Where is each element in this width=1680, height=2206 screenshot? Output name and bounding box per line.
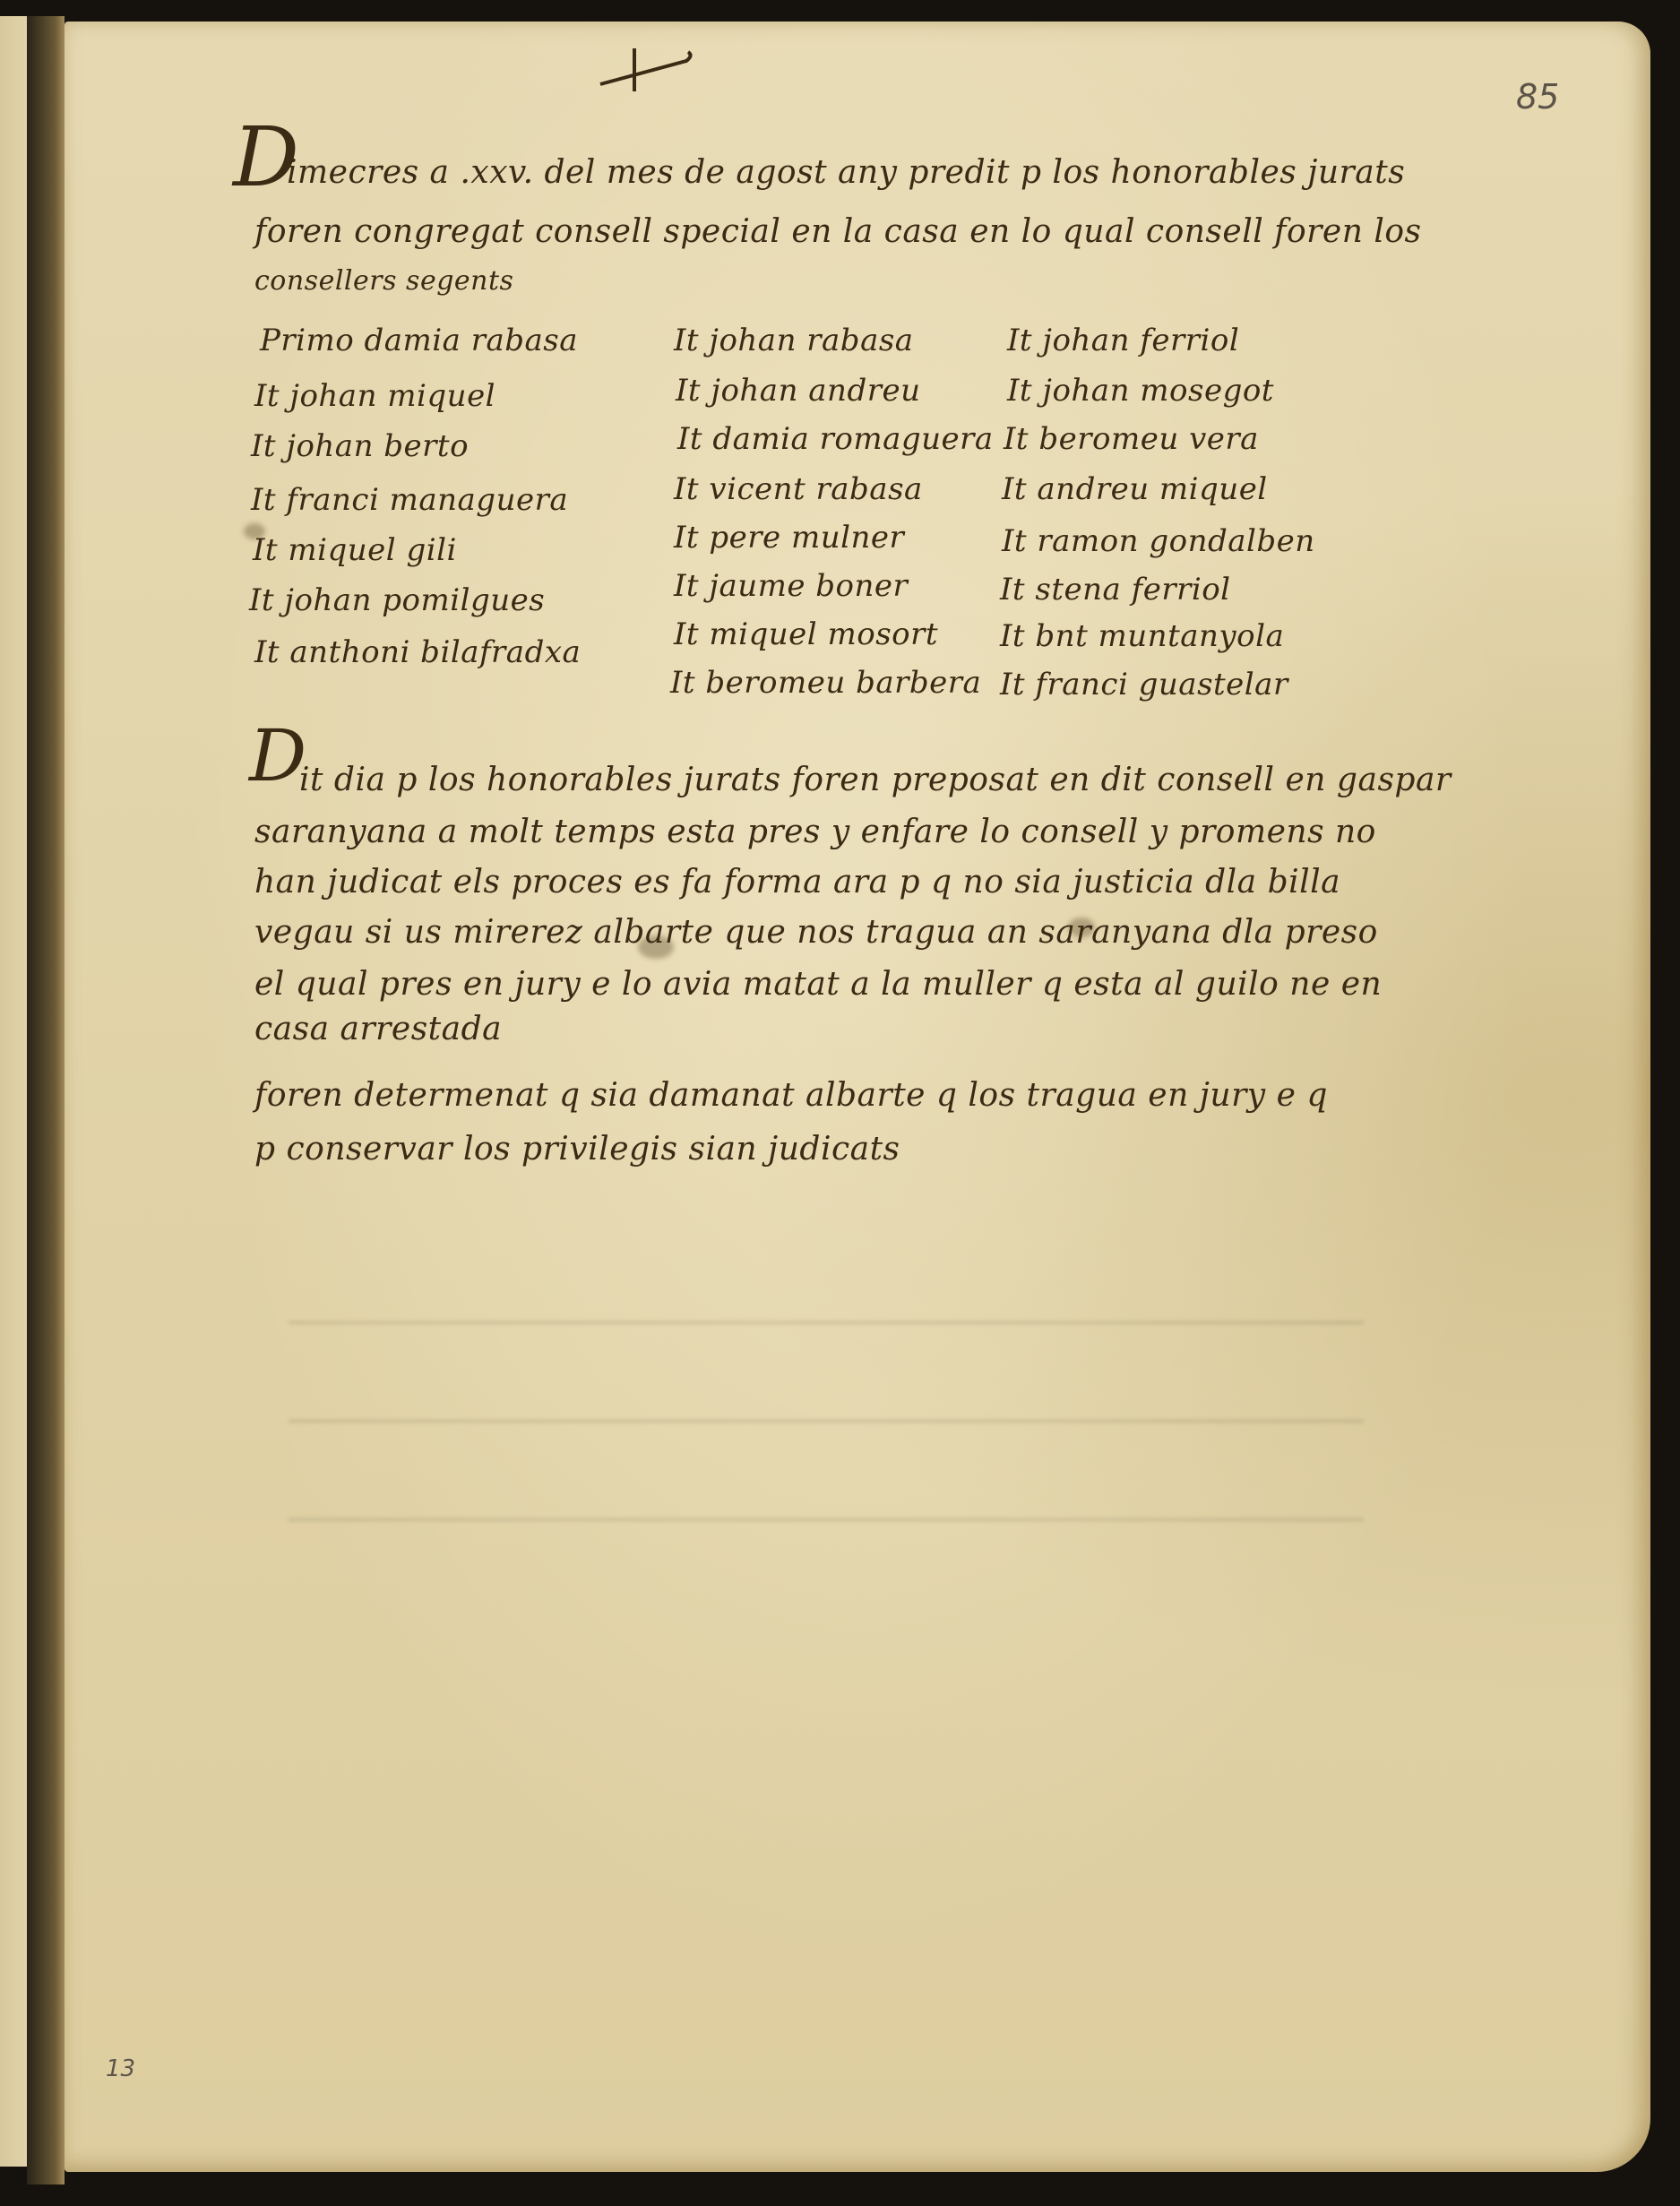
name-entry: It andreu miquel [1002,471,1268,507]
name-entry: It johan miquel [254,378,495,414]
name-entry: It pere mulner [674,520,904,556]
name-entry: It miquel gili [253,532,457,568]
name-entry: Primo damia rabasa [260,323,578,358]
name-entry: It johan mosegot [1007,373,1274,409]
left-leaf-edge [0,16,27,2167]
name-entry: It jaume boner [674,568,908,604]
book-gutter [27,16,65,2184]
paragraph-3-line: foren determenat q sia damanat albarte q… [254,1077,1328,1114]
name-entry: It bnt muntanyola [1000,618,1284,654]
name-entry: It ramon gondalben [1002,523,1315,559]
paragraph-2-line: han judicat els proces es fa forma ara p… [254,864,1340,900]
name-entry: It franci managuera [251,482,568,518]
folio-number: 85 [1516,77,1559,116]
name-entry: It vicent rabasa [674,471,923,507]
paragraph-3-line: p conservar los privilegis sian judicats [254,1131,900,1168]
paragraph-2-line: casa arrestada [254,1011,502,1047]
name-entry: It johan ferriol [1007,323,1239,358]
name-entry: It damia romaguera [677,421,994,457]
manuscript-page: 85 13 D imecres a .xxv. del mes de agost… [65,22,1650,2172]
cross-icon [599,39,697,93]
paragraph-1-line: imecres a .xxv. del mes de agost any pre… [287,154,1405,191]
name-entry: It beromeu vera [1004,421,1259,457]
bleed-through-text [289,1258,1364,1598]
paragraph-2-line: vegau si us mirerez albarte que nos trag… [254,914,1378,951]
name-entry: It miquel mosort [674,616,938,652]
name-entry: It johan rabasa [674,323,914,358]
paragraph-2-line: it dia p los honorables jurats foren pre… [299,762,1452,798]
name-entry: It johan berto [251,428,469,464]
pencil-mark: 13 [106,2055,135,2082]
paragraph-2-line: el qual pres en jury e lo avia matat a l… [254,966,1382,1003]
paragraph-2-initial: D [249,720,306,792]
name-entry: It johan andreu [676,373,921,409]
paragraph-2-line: saranyana a molt temps esta pres y enfar… [254,814,1376,850]
name-entry: It anthoni bilafradxa [254,634,581,670]
paragraph-1-line: consellers segents [254,265,513,297]
paragraph-1-line: foren congregat consell special en la ca… [254,213,1421,250]
name-entry: It beromeu barbera [670,665,981,701]
name-entry: It stena ferriol [1000,572,1231,608]
name-entry: It johan pomilgues [249,582,545,618]
name-entry: It franci guastelar [1000,667,1288,702]
